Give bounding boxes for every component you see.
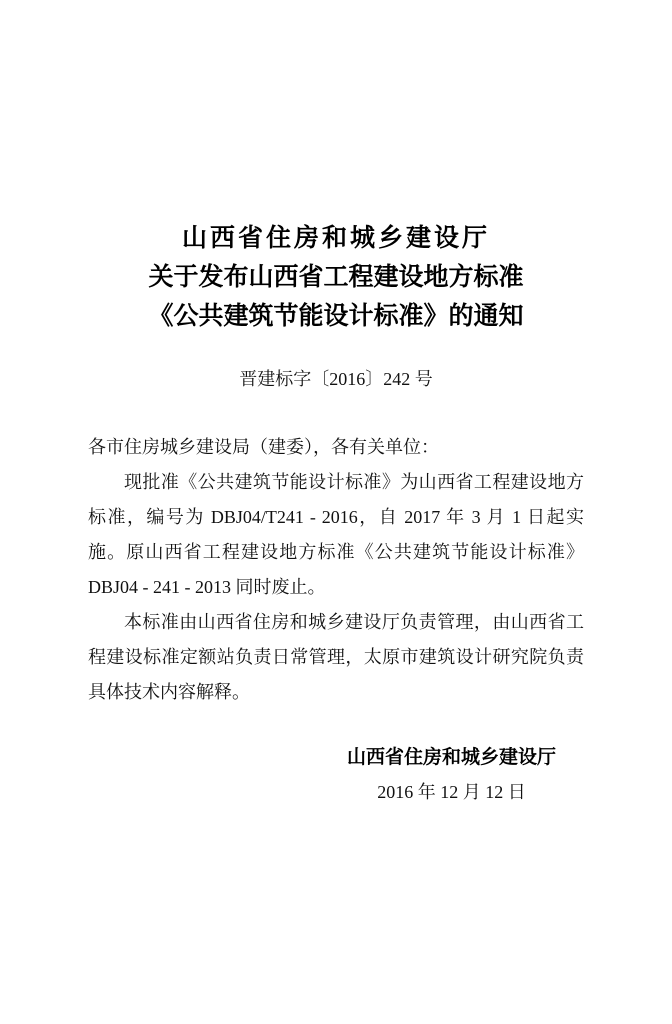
notice-document-page: 山西省住房和城乡建设厅 关于发布山西省工程建设地方标准 《公共建筑节能设计标准》… — [0, 0, 672, 1024]
signature-block: 山西省住房和城乡建设厅 2016 年 12 月 12 日 — [88, 740, 584, 810]
document-number: 晋建标字〔2016〕242 号 — [88, 366, 584, 392]
signature-inner: 山西省住房和城乡建设厅 2016 年 12 月 12 日 — [347, 740, 556, 810]
signature-date: 2016 年 12 月 12 日 — [347, 775, 556, 810]
body-paragraph-1: 现批准《公共建筑节能设计标准》为山西省工程建设地方标准，编号为 DBJ04/T2… — [88, 465, 584, 605]
signature-organization: 山西省住房和城乡建设厅 — [347, 740, 556, 775]
salutation-line: 各市住房城乡建设局（建委），各有关单位： — [88, 430, 584, 465]
document-body: 各市住房城乡建设局（建委），各有关单位： 现批准《公共建筑节能设计标准》为山西省… — [88, 430, 584, 710]
title-line-subject: 关于发布山西省工程建设地方标准 — [88, 258, 584, 297]
title-line-standard: 《公共建筑节能设计标准》的通知 — [88, 297, 584, 336]
document-title: 山西省住房和城乡建设厅 关于发布山西省工程建设地方标准 《公共建筑节能设计标准》… — [88, 219, 584, 336]
body-paragraph-2: 本标准由山西省住房和城乡建设厅负责管理，由山西省工程建设标准定额站负责日常管理，… — [88, 605, 584, 710]
title-line-issuer: 山西省住房和城乡建设厅 — [88, 219, 584, 258]
